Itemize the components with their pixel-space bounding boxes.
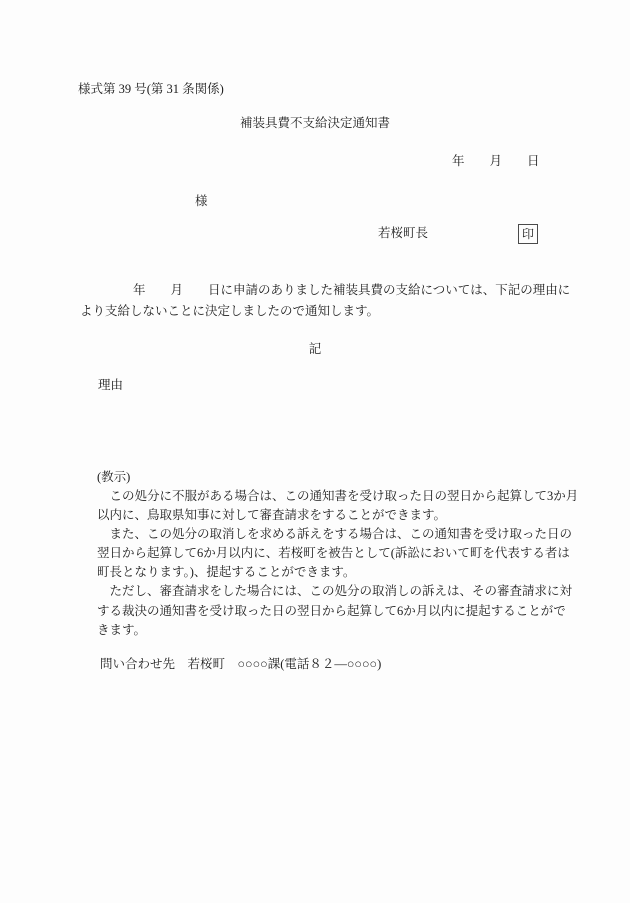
record-heading: 記 <box>0 342 630 357</box>
notice-line: する裁決の通知書を受け取った日の翌日から起算して6か月以内に提起することがで <box>97 604 566 619</box>
issuer-title: 若桜町長 <box>378 226 428 241</box>
notice-line: きます。 <box>97 623 146 638</box>
notice-line: 翌日から起算して6か月以内に、若桜町を被告として(訴訟において町を代表する者は <box>97 546 570 561</box>
seal-stamp-box: 印 <box>518 224 538 244</box>
notice-line: ただし、審査請求をした場合には、この処分の取消しの訴えは、その審査請求に対 <box>97 584 572 599</box>
notice-line: 以内に、鳥取県知事に対して審査請求をすることができます。 <box>97 508 446 523</box>
document-page: 様式第 39 号(第 31 条関係) 補装具費不支給決定通知書 年 月 日 様 … <box>0 0 630 903</box>
date-line: 年 月 日 <box>452 154 540 169</box>
notice-heading: (教示) <box>97 470 130 485</box>
reason-label: 理由 <box>98 378 123 393</box>
notice-line: また、この処分の取消しを求める訴えをする場合は、この通知書を受け取った日の <box>97 527 572 542</box>
contact-line: 問い合わせ先 若桜町 ○○○○課(電話８２―○○○○) <box>100 657 381 672</box>
document-title: 補装具費不支給決定通知書 <box>0 116 630 131</box>
body-line: 年 月 日に申請のありました補装具費の支給については、下記の理由に <box>133 283 570 298</box>
notice-line: この処分に不服がある場合は、この通知書を受け取った日の翌日から起算して3か月 <box>97 489 578 504</box>
notice-line: 町長となります。)、提起することができます。 <box>97 565 355 580</box>
addressee-suffix: 様 <box>195 194 208 209</box>
form-number: 様式第 39 号(第 31 条関係) <box>78 82 224 97</box>
body-line: より支給しないことに決定しましたので通知します。 <box>80 304 379 319</box>
